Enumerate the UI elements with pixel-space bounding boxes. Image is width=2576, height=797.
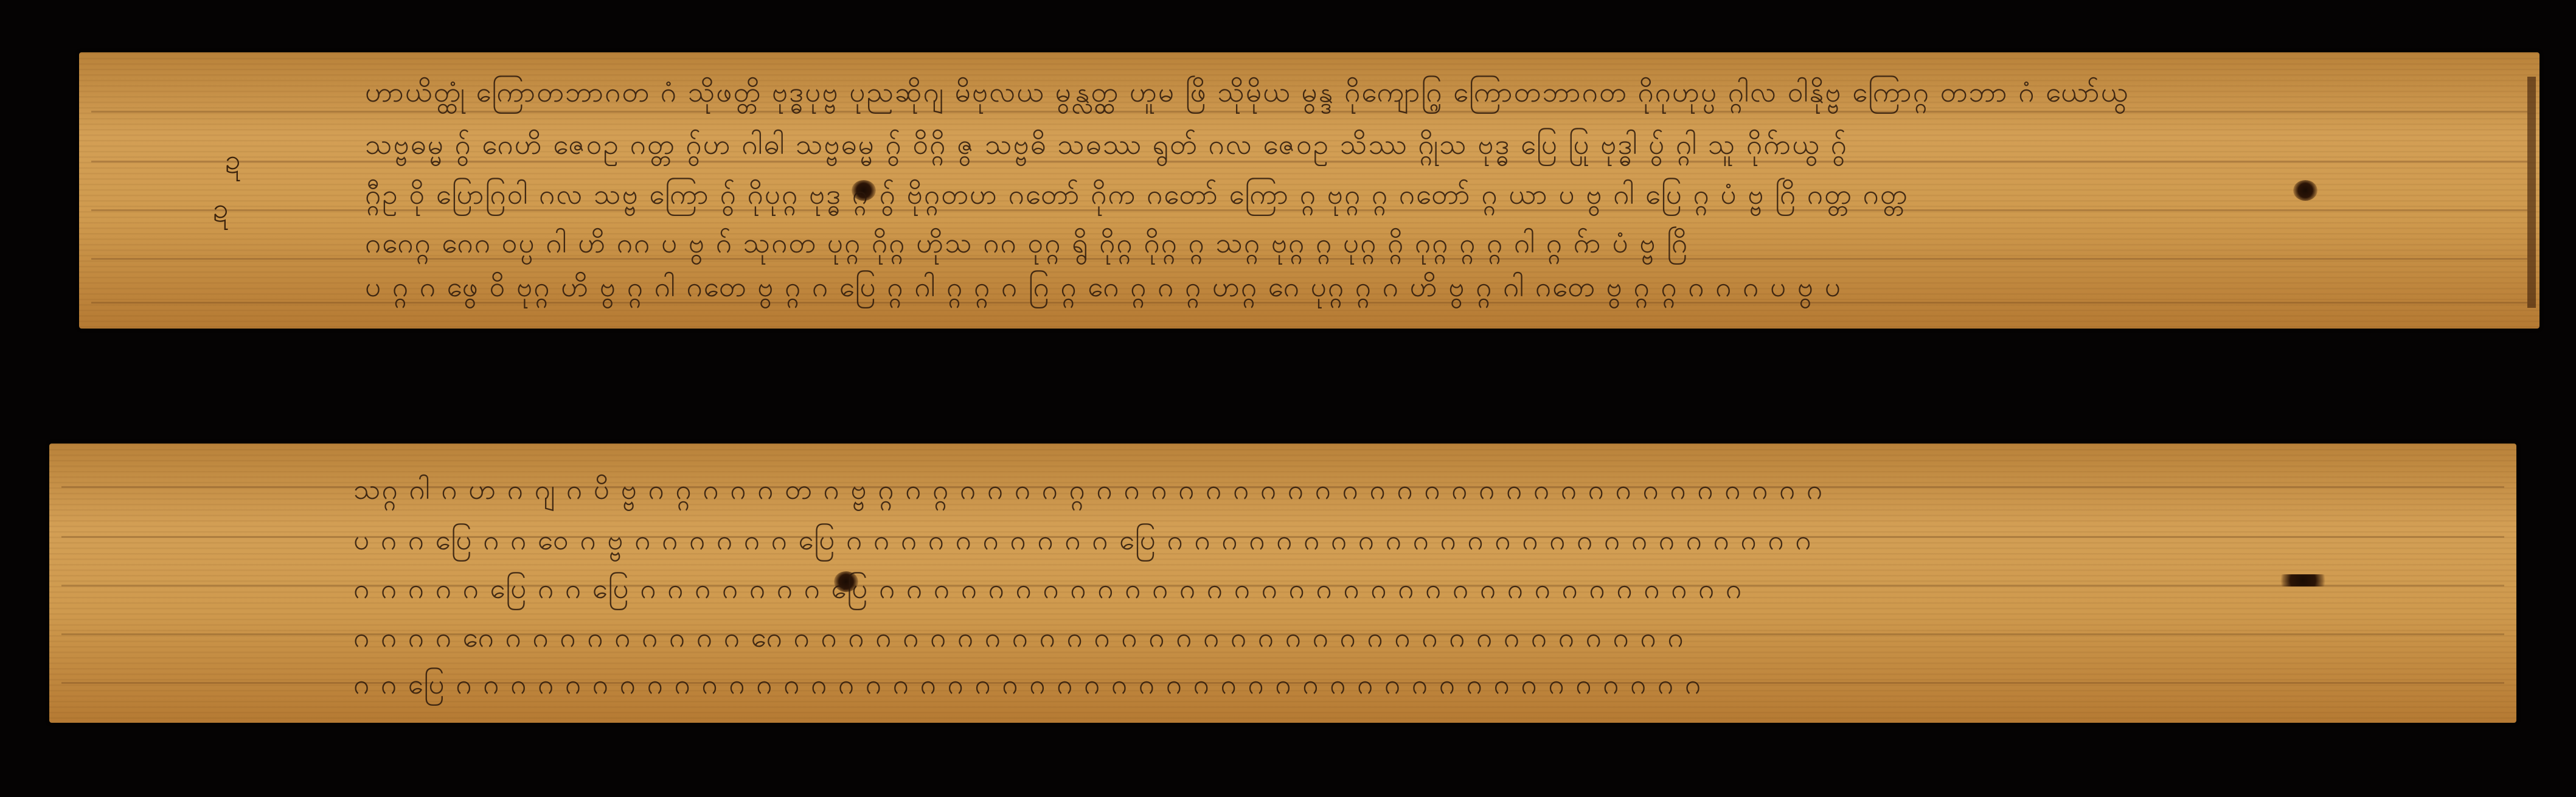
palm-leaf-folio-bottom: သဂ္ဂ ဂါ ဂ ဟ ဂ ဂျ ဂ ပိ ဗ္ဗ ဂ ဂ္ဂ ဂ ဂ ဂ တ … <box>49 444 2516 723</box>
margin-mark: ဍ <box>225 142 241 183</box>
ruling-line <box>91 161 2527 162</box>
binding-hole <box>2293 180 2317 201</box>
binding-hole <box>2276 574 2330 586</box>
text-line: ပ ဂ ဂ ပြေ ဂ ဂ ဝေ ဂ ဗ္ဗ ဂ ဂ ဂ ဂ ဂ ဂ ပြေ ဂ… <box>353 526 1813 554</box>
text-line: ဂ ဂ ပြေ ဂ ဂ ဂ ဂ ဂ ဂ ဂ ဂ ဂ ဂ ဂ ဂ ဂ ဂ ဂ ဂ … <box>353 670 1702 698</box>
text-line: သဂ္ဂ ဂါ ဂ ဟ ဂ ဂျ ဂ ပိ ဗ္ဗ ဂ ဂ္ဂ ဂ ဂ ဂ တ … <box>353 475 1824 503</box>
text-line: ဂ္ဂီဥ ဝို ပြောဂြဝါ ဂလ သဗ္ဗ ကြော ဂွ် ဂိုပ… <box>365 180 1909 208</box>
margin-mark: ဍ <box>213 191 229 232</box>
text-line: သဗ္ဗဓမ္မ ဂွ် ဂေဟိ ဇေဝဥ ဂတ္တ ဂွ်ဟ ဂါဓါ သဗ… <box>365 130 1848 158</box>
ruling-line <box>91 111 2527 113</box>
leaf-edge-marks <box>2527 77 2536 308</box>
text-line: ဂ ဂ ဂ ဂ ဂ ပြေ ဂ ဂ ပြေ ဂ ဂ ဂ ဂ ဂ ဂ ဂ ပြေ … <box>353 574 1743 602</box>
text-line: ဂ ဂ ဂ ဂ ဂေ ဂ ဂ ဂ ဂ ဂ ဂ ဂ ဂ ဂ ဂေ ဂ ဂ ဂ ဂ … <box>353 623 1685 651</box>
text-line: ဂဂေဂ္ဂ ဂေဂ ဝပ္ပ ဂါ ဟိ ဂဂ ပ ဗွ ဂ် သုဂတ ပု… <box>365 229 1689 257</box>
text-line: ဟာယိတ္ထုံ ကြောတဘာဂတ ဂံ သိုဖတ္တိ ဗုဒ္ဓပုဗ… <box>365 78 2129 106</box>
text-line: ပ ဂ္ဂ ဂ ဖွေ ဝိ ဗုဂ္ဂ ဟိ ဗွ ဂ္ဂ ဂါ ဂတေ ဗွ… <box>365 273 1842 301</box>
palm-leaf-folio-top: ဍ ဍ ဟာယိတ္ထုံ ကြောတဘာဂတ ဂံ သိုဖတ္တိ ဗုဒ္… <box>79 52 2540 329</box>
